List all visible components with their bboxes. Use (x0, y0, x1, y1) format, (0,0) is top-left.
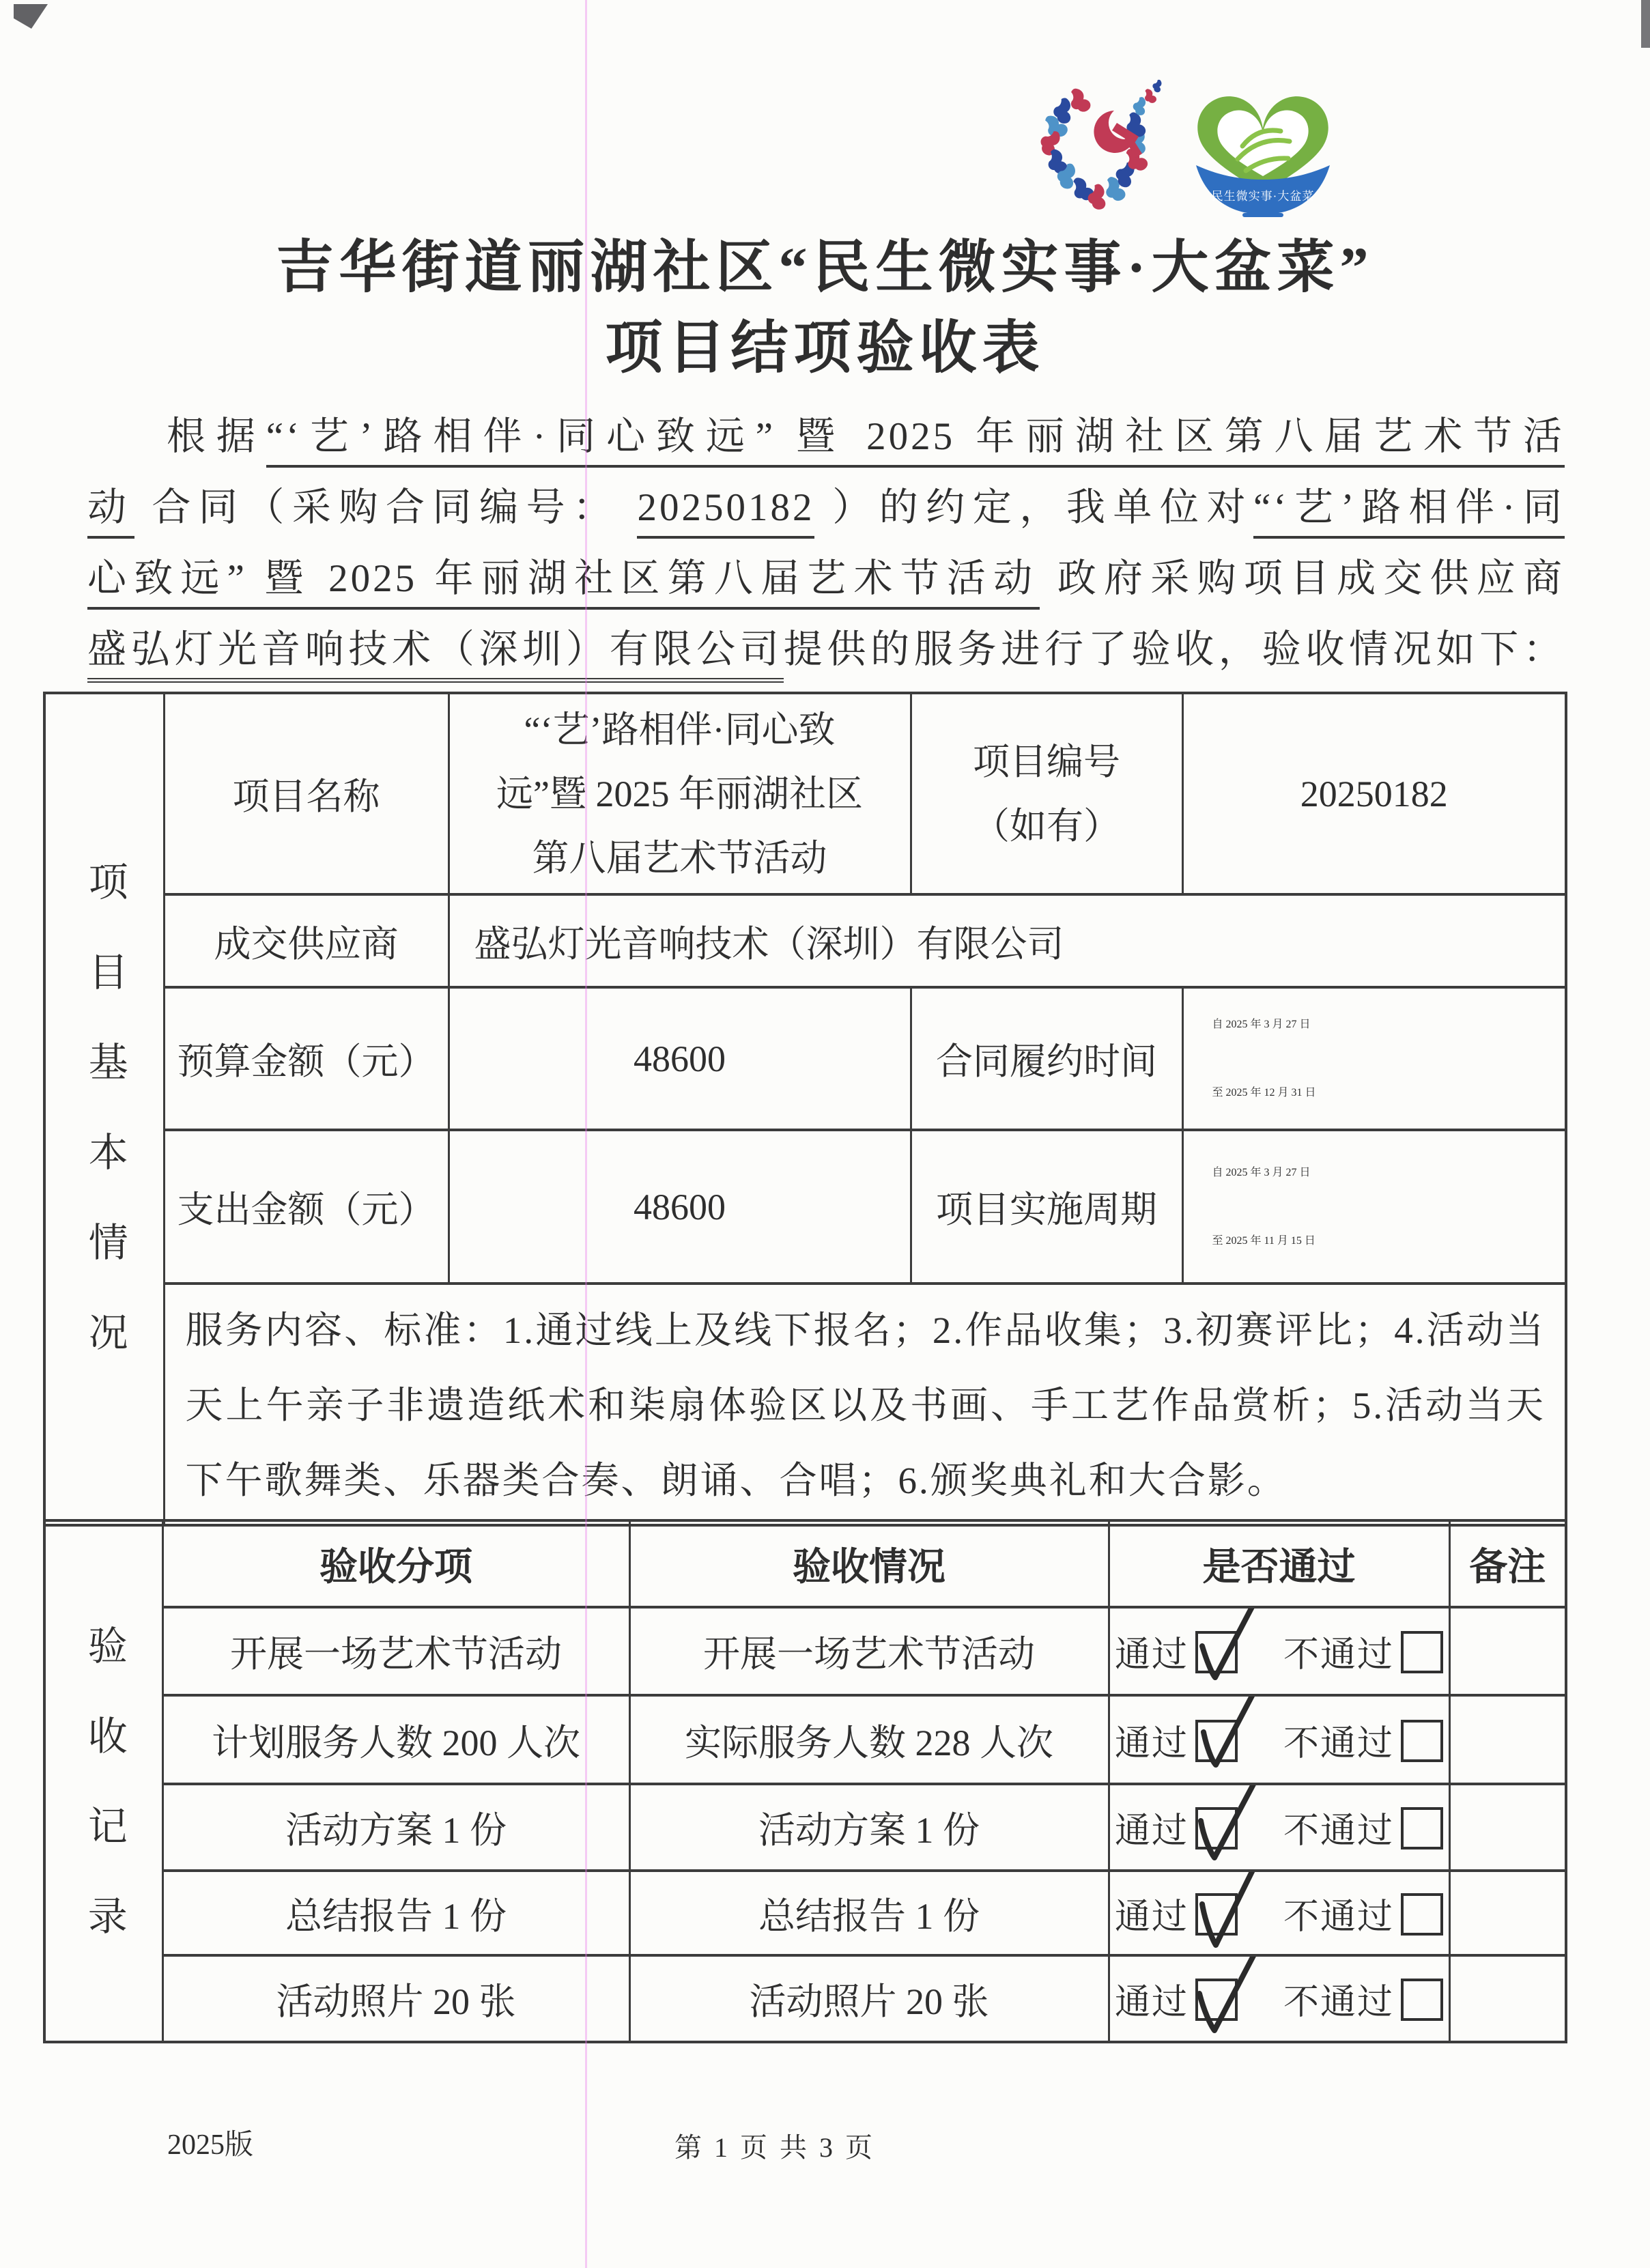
intro-line: 根据“‘艺’路相伴·同心致远” 暨 2025 年丽湖社区第八届艺术节活 (87, 401, 1565, 472)
page-title-line2: 项目结项验收表 (0, 309, 1650, 389)
project-code-value: 20250182 (1182, 693, 1566, 894)
date-line: 至 2025 年 12 月 31 日 (1212, 1059, 1565, 1127)
page-title: 吉华街道丽湖社区“民生微实事·大盆菜” 项目结项验收表 (0, 228, 1650, 389)
intro-underlined-text: “‘艺’路相伴·同 (1253, 486, 1565, 539)
project-code-label-line: （如有） (913, 794, 1181, 858)
page-title-line1: 吉华街道丽湖社区“民生微实事·大盆菜” (0, 228, 1650, 309)
intro-line: 动 合同（采购合同编号： 20250182 ）的约定，我单位对“‘艺’路相伴·同 (87, 472, 1565, 543)
fail-checkbox-empty (1401, 1807, 1443, 1849)
remark-cell (1449, 1955, 1566, 2042)
intro-text: 提供的服务进行了验收，验收情况如下： (784, 628, 1565, 671)
expense-value: 48600 (449, 1130, 911, 1284)
date-line: 自 2025 年 3 月 27 日 (1212, 1139, 1565, 1207)
table-row: 开展一场艺术节活动 开展一场艺术节活动 通过 不通过 (44, 1607, 1566, 1695)
table-row: 项目基本情况 项目名称 “‘艺’路相伴·同心致 远”暨 2025 年丽湖社区 第… (44, 693, 1566, 894)
pass-checkbox-checked (1195, 1979, 1238, 2021)
supplier-label: 成交供应商 (164, 894, 449, 987)
fail-label: 不通过 (1283, 1898, 1394, 1937)
service-content-cell: 服务内容、标准：1.通过线上及线下报名；2.作品收集；3.初赛评比；4.活动当天… (164, 1284, 1566, 1525)
remark-cell (1449, 1784, 1566, 1871)
contract-time-value: 自 2025 年 3 月 27 日 至 2025 年 12 月 31 日 (1182, 987, 1566, 1130)
bowl-foot (1242, 213, 1283, 217)
intro-paragraph: 根据“‘艺’路相伴·同心致远” 暨 2025 年丽湖社区第八届艺术节活 动 合同… (87, 401, 1565, 685)
intro-text: 政府采购项目成交供应商 (1040, 557, 1565, 600)
budget-label: 预算金额（元） (164, 987, 449, 1130)
remark-cell (1449, 1871, 1566, 1955)
fail-label: 不通过 (1283, 1725, 1394, 1763)
pass-label: 通过 (1115, 1983, 1189, 2022)
pass-label: 通过 (1115, 1812, 1189, 1851)
pass-fail-cell: 通过 不通过 (1109, 1955, 1449, 2042)
fail-label: 不通过 (1283, 1636, 1394, 1675)
pass-fail-cell: 通过 不通过 (1109, 1607, 1449, 1695)
contract-time-label: 合同履约时间 (911, 987, 1182, 1130)
pass-label: 通过 (1115, 1636, 1189, 1675)
scan-edge-mark (1641, 0, 1650, 48)
acceptance-item: 活动照片 20 张 (162, 1955, 629, 2042)
project-name-line: 第八届艺术节活动 (451, 826, 909, 890)
table-header-row: 验收记录 验收分项 验收情况 是否通过 备注 (44, 1520, 1566, 1607)
date-line: 自 2025 年 3 月 27 日 (1212, 991, 1565, 1059)
column-header-situation: 验收情况 (629, 1520, 1109, 1607)
acceptance-situation: 开展一场艺术节活动 (629, 1607, 1109, 1695)
table-row: 服务内容、标准：1.通过线上及线下报名；2.作品收集；3.初赛评比；4.活动当天… (44, 1284, 1566, 1525)
supplier-name-underlined: 盛弘灯光音响技术（深圳）有限公司 (87, 628, 784, 683)
project-name-label: 项目名称 (164, 693, 449, 894)
handwritten-check-icon (1183, 1695, 1279, 1784)
column-header-remark: 备注 (1449, 1520, 1566, 1607)
intro-underlined-text: 动 (87, 486, 134, 539)
vertical-label-text: 验收记录 (75, 1625, 132, 1985)
project-code-label: 项目编号 （如有） (911, 693, 1182, 894)
project-name-line: 远”暨 2025 年丽湖社区 (451, 762, 909, 826)
intro-text: 根据 (167, 415, 266, 458)
acceptance-record-table: 验收记录 验收分项 验收情况 是否通过 备注 开展一场艺术节活动 开展一场艺术节… (43, 1519, 1567, 2043)
acceptance-item: 总结报告 1 份 (162, 1871, 629, 1955)
party-heart-logo (1038, 71, 1171, 211)
footer-version: 2025版 (167, 2122, 253, 2163)
table-row: 活动方案 1 份 活动方案 1 份 通过 不通过 (44, 1784, 1566, 1871)
pass-label: 通过 (1115, 1725, 1189, 1763)
pass-fail-cell: 通过 不通过 (1109, 1871, 1449, 1955)
intro-line: 心致远” 暨 2025 年丽湖社区第八届艺术节活动 政府采购项目成交供应商 (87, 543, 1565, 614)
table-row: 计划服务人数 200 人次 实际服务人数 228 人次 通过 不通过 (44, 1695, 1566, 1784)
pass-checkbox-checked (1195, 1807, 1238, 1849)
pass-label: 通过 (1115, 1898, 1189, 1937)
intro-line: 盛弘灯光音响技术（深圳）有限公司提供的服务进行了验收，验收情况如下： (87, 614, 1565, 685)
pass-fail-cell: 通过 不通过 (1109, 1784, 1449, 1871)
date-line: 至 2025 年 11 月 15 日 (1212, 1207, 1565, 1275)
handwritten-check-icon (1183, 1955, 1279, 2042)
scanned-acceptance-form-page: 民生微实事·大盆菜 吉华街道丽湖社区“民生微实事·大盆菜” 项目结项验收表 根据… (0, 0, 1650, 2268)
acceptance-situation: 总结报告 1 份 (629, 1871, 1109, 1955)
fail-checkbox-empty (1401, 1979, 1443, 2021)
acceptance-situation: 实际服务人数 228 人次 (629, 1695, 1109, 1784)
project-name-value: “‘艺’路相伴·同心致 远”暨 2025 年丽湖社区 第八届艺术节活动 (449, 693, 911, 894)
table-row: 成交供应商 盛弘灯光音响技术（深圳）有限公司 (44, 894, 1566, 987)
bowl-logo-text: 民生微实事·大盆菜 (1212, 190, 1315, 203)
implement-period-value: 自 2025 年 3 月 27 日 至 2025 年 11 月 15 日 (1182, 1130, 1566, 1284)
pass-checkbox-checked (1195, 1893, 1238, 1936)
table-row: 支出金额（元） 48600 项目实施周期 自 2025 年 3 月 27 日 至… (44, 1130, 1566, 1284)
supplier-value: 盛弘灯光音响技术（深圳）有限公司 (449, 894, 1566, 987)
expense-label: 支出金额（元） (164, 1130, 449, 1284)
acceptance-section-vertical-label: 验收记录 (44, 1520, 162, 2042)
budget-value: 48600 (449, 987, 911, 1130)
vertical-label-text: 项目基本情况 (76, 861, 133, 1402)
scan-corner-mark (14, 4, 48, 29)
fail-checkbox-empty (1401, 1631, 1443, 1673)
table-row: 总结报告 1 份 总结报告 1 份 通过 不通过 (44, 1871, 1566, 1955)
footer-page-number: 第 1 页 共 3 页 (674, 2126, 875, 2165)
pass-checkbox-checked (1195, 1631, 1238, 1673)
minsheng-bowl-logo: 民生微实事·大盆菜 (1177, 66, 1349, 217)
handwritten-check-icon (1183, 1871, 1279, 1955)
intro-underlined-text: 心致远” 暨 2025 年丽湖社区第八届艺术节活动 (87, 557, 1040, 610)
remark-cell (1449, 1607, 1566, 1695)
fail-label: 不通过 (1283, 1983, 1394, 2022)
remark-cell (1449, 1695, 1566, 1784)
handwritten-check-icon (1183, 1607, 1279, 1695)
column-header-pass: 是否通过 (1109, 1520, 1449, 1607)
basic-section-vertical-label: 项目基本情况 (44, 693, 164, 1525)
acceptance-situation: 活动方案 1 份 (629, 1784, 1109, 1871)
pass-checkbox-checked (1195, 1720, 1238, 1762)
table-row: 预算金额（元） 48600 合同履约时间 自 2025 年 3 月 27 日 至… (44, 987, 1566, 1130)
project-name-line: “‘艺’路相伴·同心致 (451, 698, 909, 762)
intro-text: ）的约定，我单位对 (814, 486, 1253, 529)
basic-info-table: 项目基本情况 项目名称 “‘艺’路相伴·同心致 远”暨 2025 年丽湖社区 第… (43, 692, 1567, 1527)
handwritten-check-icon (1183, 1784, 1279, 1871)
contract-number: 20250182 (637, 486, 814, 539)
acceptance-item: 计划服务人数 200 人次 (162, 1695, 629, 1784)
column-header-item: 验收分项 (162, 1520, 629, 1607)
acceptance-situation: 活动照片 20 张 (629, 1955, 1109, 2042)
fail-label: 不通过 (1283, 1812, 1394, 1851)
acceptance-item: 活动方案 1 份 (162, 1784, 629, 1871)
intro-underlined-text: “‘艺’路相伴·同心致远” 暨 2025 年丽湖社区第八届艺术节活 (266, 415, 1565, 468)
project-code-label-line: 项目编号 (913, 730, 1181, 794)
acceptance-item: 开展一场艺术节活动 (162, 1607, 629, 1695)
table-row: 活动照片 20 张 活动照片 20 张 通过 不通过 (44, 1955, 1566, 2042)
implement-period-label: 项目实施周期 (911, 1130, 1182, 1284)
fail-checkbox-empty (1401, 1893, 1443, 1936)
fail-checkbox-empty (1401, 1720, 1443, 1762)
intro-text: 合同（采购合同编号： (134, 486, 638, 529)
pass-fail-cell: 通过 不通过 (1109, 1695, 1449, 1784)
